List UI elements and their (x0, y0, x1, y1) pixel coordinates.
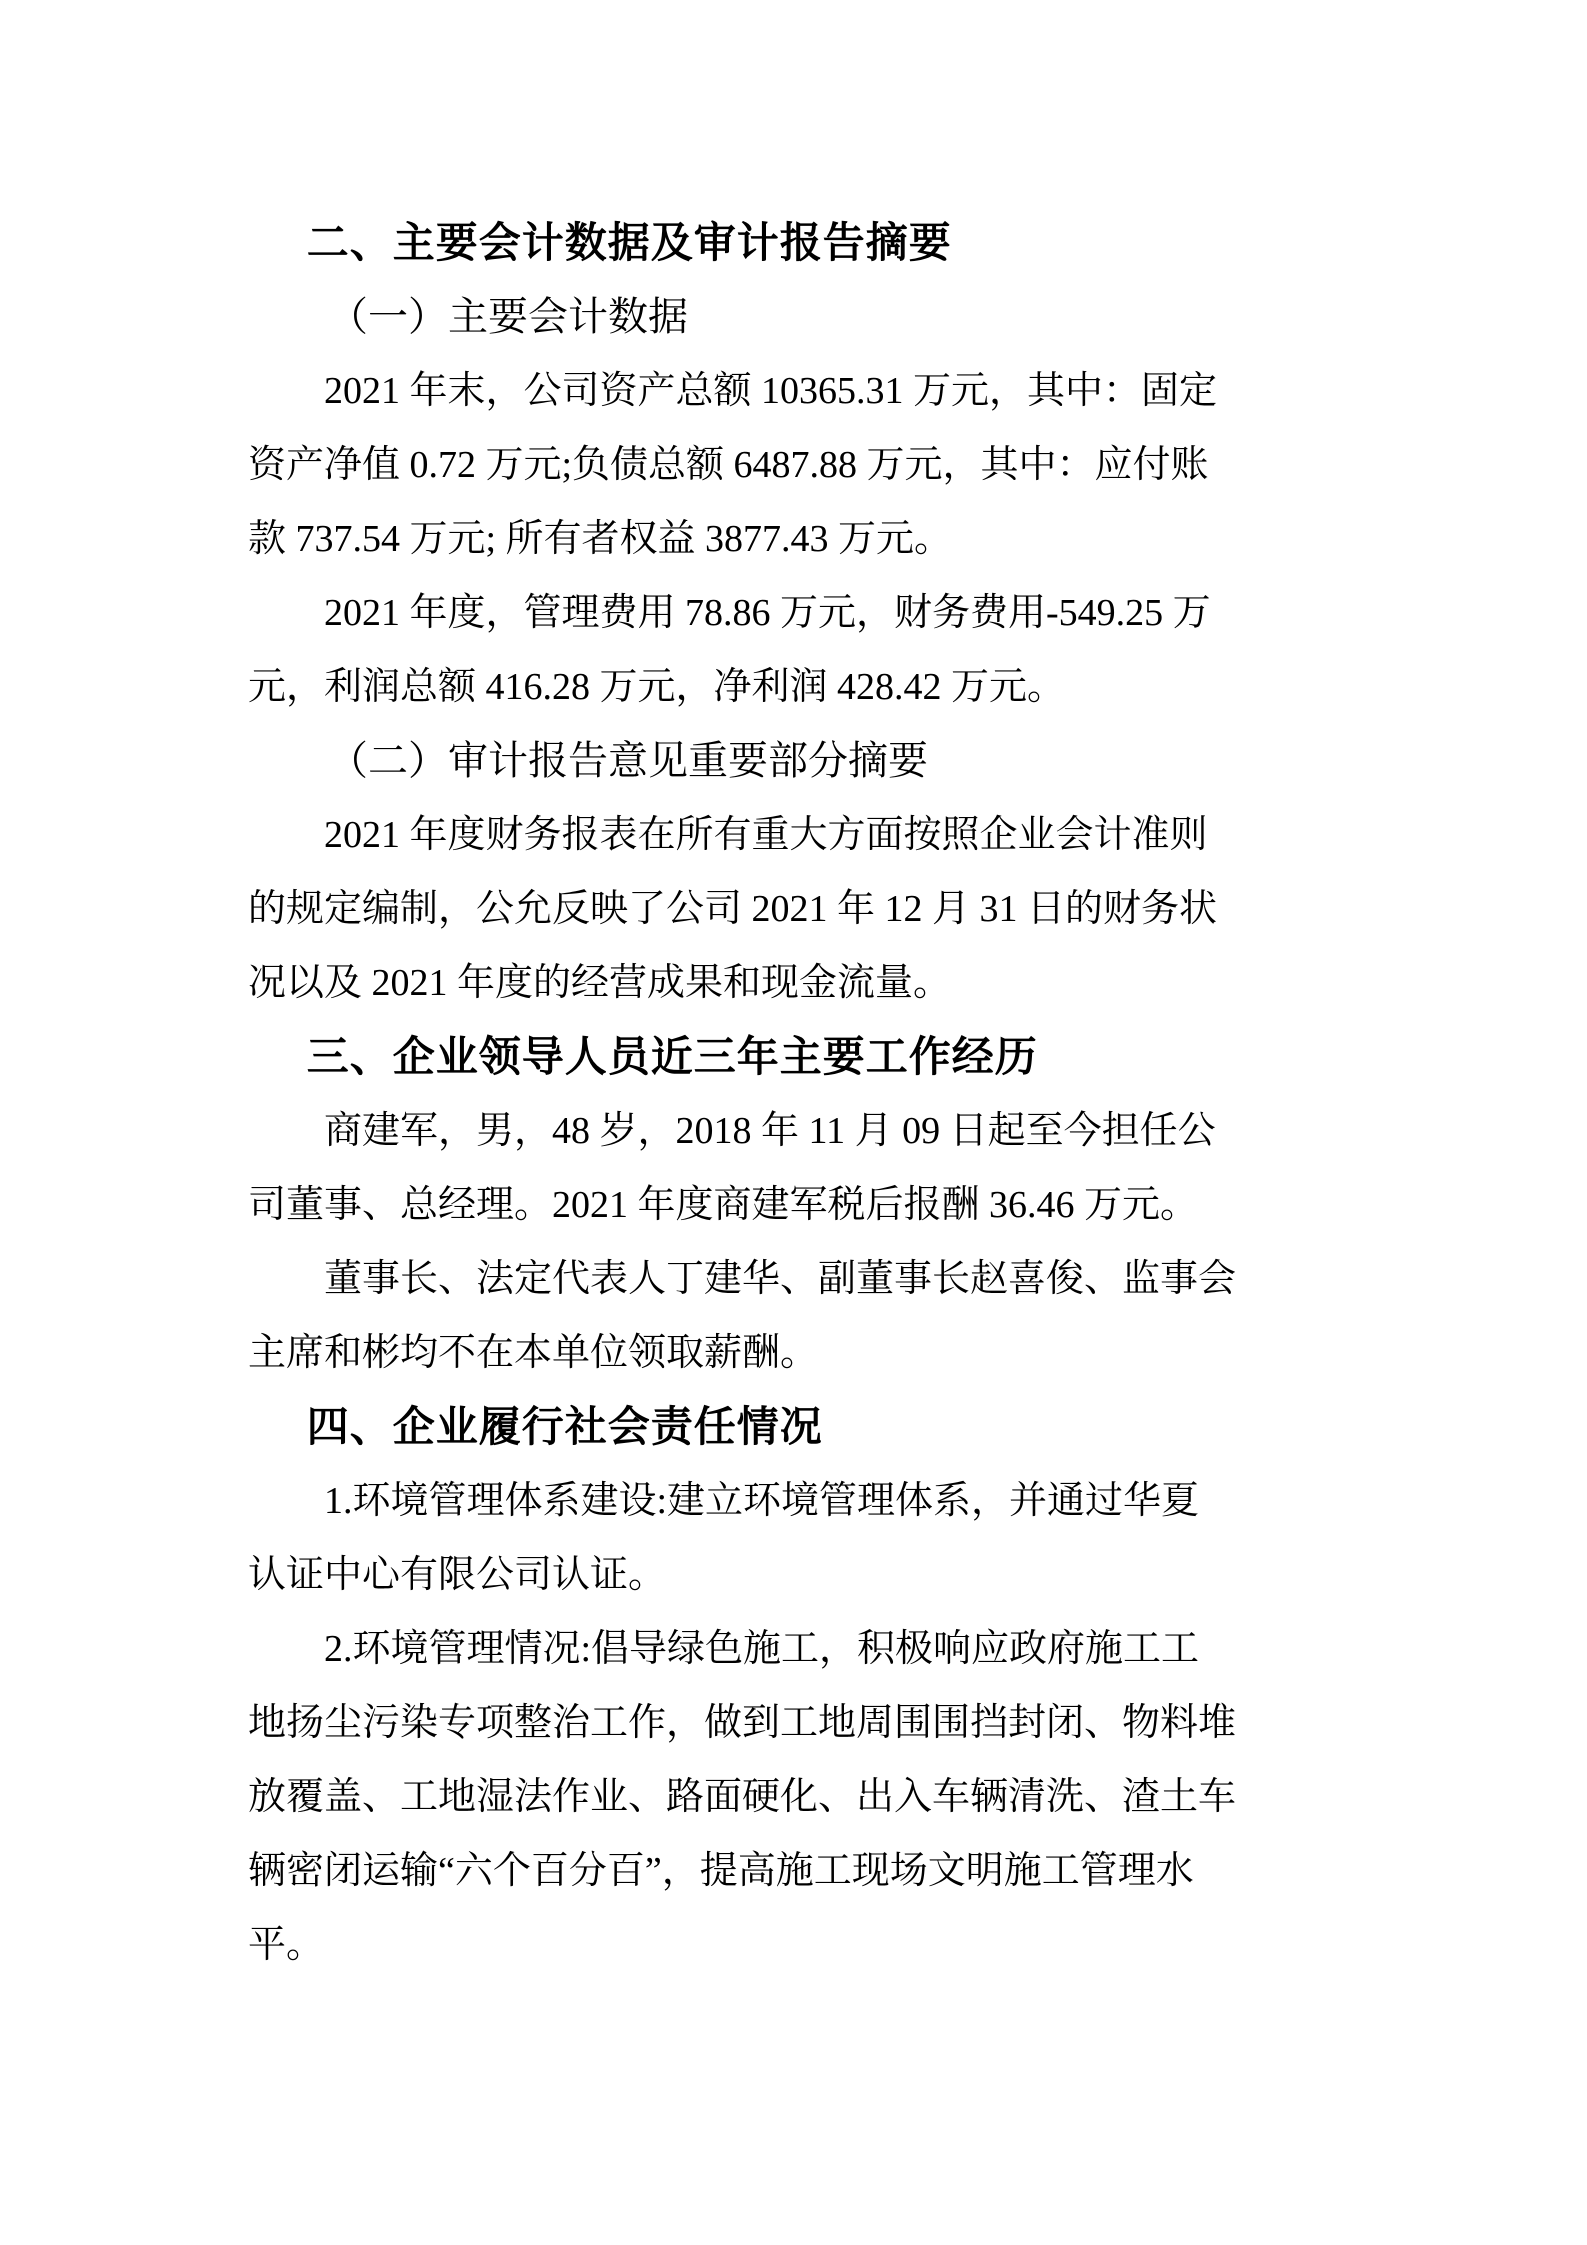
paragraph-environment-management-system: 1.环境管理体系建设:建立环境管理体系，并通过华夏 认证中心有限公司认证。 (248, 1464, 1548, 1612)
paragraph-balance-sheet-figures: 2021 年末，公司资产总额 10365.31 万元，其中：固定 资产净值 0.… (248, 354, 1548, 576)
section-heading-leaders-work-experience: 三、企业领导人员近三年主要工作经历 (248, 1020, 1548, 1094)
document-content: 二、主要会计数据及审计报告摘要 （一）主要会计数据 2021 年末，公司资产总额… (248, 206, 1548, 1982)
paragraph-environment-management-practice: 2.环境管理情况:倡导绿色施工，积极响应政府施工工 地扬尘污染专项整治工作，做到… (248, 1612, 1548, 1982)
paragraph-shang-jianjun-profile: 商建军，男，48 岁，2018 年 11 月 09 日起至今担任公 司董事、总经… (248, 1094, 1548, 1242)
paragraph-income-statement-figures: 2021 年度，管理费用 78.86 万元，财务费用-549.25 万 元，利润… (248, 576, 1548, 724)
paragraph-other-leaders-remuneration: 董事长、法定代表人丁建华、副董事长赵喜俊、监事会 主席和彬均不在本单位领取薪酬。 (248, 1242, 1548, 1390)
paragraph-audit-opinion: 2021 年度财务报表在所有重大方面按照企业会计准则 的规定编制，公允反映了公司… (248, 798, 1548, 1020)
subheading-audit-opinion-summary: （二）审计报告意见重要部分摘要 (248, 724, 1548, 798)
subheading-key-accounting-data: （一）主要会计数据 (248, 280, 1548, 354)
section-heading-social-responsibility: 四、企业履行社会责任情况 (248, 1390, 1548, 1464)
section-heading-accounting-and-audit-summary: 二、主要会计数据及审计报告摘要 (248, 206, 1548, 280)
document-page: 二、主要会计数据及审计报告摘要 （一）主要会计数据 2021 年末，公司资产总额… (0, 0, 1587, 2245)
